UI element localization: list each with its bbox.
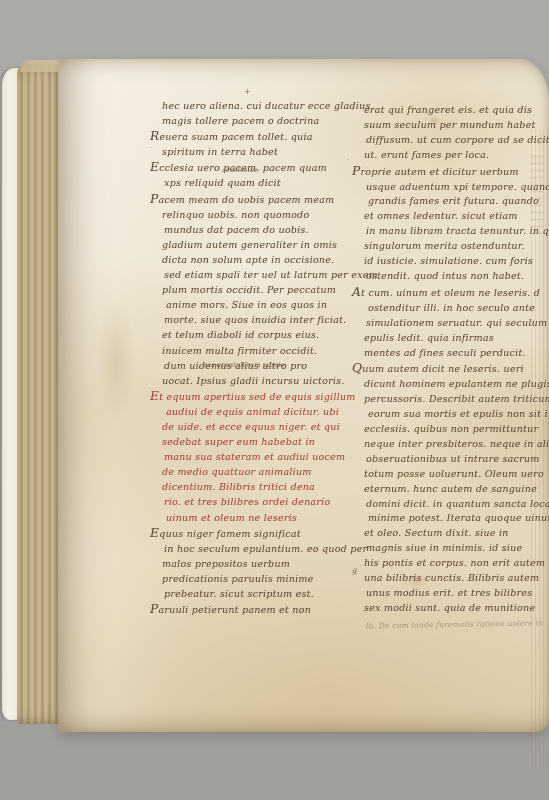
manuscript-line: sedebat super eum habebat in	[162, 435, 362, 450]
manuscript-line: una bilibris cunctis. Bilibris autem	[364, 572, 539, 587]
page-stack-fore-edge	[17, 64, 63, 724]
manuscript-line: Quum autem dicit ne leseris. ueri	[352, 361, 539, 378]
manuscript-line: dicentium. Bilibris tritici dena	[162, 480, 362, 495]
manuscript-line: dicta non solum apte in occisione.	[162, 253, 362, 268]
manuscript-line: xps reliquid quam dicit	[164, 176, 362, 191]
manuscript-line: uocat. Ipsius gladii incursu uictoris.	[162, 374, 362, 389]
manuscript-line: et oleo. Sectum dixit. siue in	[364, 527, 539, 542]
manuscript-line: Equus niger famem significat	[150, 526, 362, 542]
manuscript-line: sex modii sunt. quia de munitione	[364, 602, 539, 617]
manuscript-line: in hoc seculum epulantium. eo quod per	[164, 542, 362, 557]
margin-mark: ·	[347, 156, 349, 164]
manuscript-line: simulationem seruatur. qui seculum	[366, 317, 539, 332]
manuscript-line: At cum. uinum et oleum ne leseris. d	[352, 285, 539, 302]
margin-mark: ·	[150, 144, 152, 152]
manuscript-line: gladium autem generaliter in omis	[162, 238, 362, 253]
manuscript-line: erat qui frangeret eis. et quia dis	[364, 104, 539, 119]
manuscript-line: hec uero aliena. cui ducatur ecce gladiu…	[162, 99, 362, 114]
manuscript-line: suum seculum per mundum habet	[364, 119, 539, 134]
manuscript-line: neque inter presbiteros. neque in aliis	[364, 438, 539, 453]
manuscript-line: obseruationibus ut intrare sacrum	[366, 453, 539, 468]
interlinear-gloss: scs apostolorum passio	[204, 361, 285, 369]
manuscript-line: percussoris. Describit autem triticum	[364, 393, 539, 408]
manuscript-line: relinquo uobis. non quomodo	[162, 208, 362, 223]
manuscript-line: et telum diaboli id corpus eius.	[162, 328, 362, 343]
manuscript-line: malos prepositos uerbum	[162, 557, 362, 572]
manuscript-line: plum mortis occidit. Per peccatum	[162, 283, 362, 298]
manuscript-line: epulis ledit. quia infirmas	[364, 332, 539, 347]
text-column-left: hec uero aliena. cui ducatur ecce gladiu…	[162, 99, 362, 618]
manuscript-line: inuicem multa firmiter occidit.	[162, 344, 362, 359]
manuscript-line: magnis siue in minimis. id siue	[366, 542, 539, 557]
manuscript-line: domini dicit. in quantum sancta loca	[366, 498, 539, 513]
manuscript-line: ecclesiis. quibus non permittuntur	[364, 423, 539, 438]
manuscript-line: dicunt hominem epulantem ne plugis	[364, 378, 539, 393]
manuscript-line: Paruuli petierunt panem et non	[150, 602, 362, 618]
manuscript-line: Et equum apertius sed de equis sigillum	[150, 389, 362, 405]
manuscript-line: prebeatur. sicut scriptum est.	[164, 587, 362, 602]
manuscript-line: grandis fames erit futura. quando	[368, 195, 539, 210]
manuscript-line: de uide. et ecce equus niger. et qui	[162, 420, 362, 435]
manuscript-line: usque aduentum xpi tempore. quando	[366, 181, 539, 196]
photo-stage: + hec uero aliena. cui ducatur ecce glad…	[0, 0, 549, 800]
manuscript-line: morte. siue quos inuidia inter ficiat.	[164, 313, 362, 328]
manuscript-line: in manu libram tracta tenuntur. in qua	[366, 225, 539, 240]
marginal-correction: g	[352, 566, 357, 575]
manuscript-line: sed etiam spali ter uel ut latrum per ex…	[164, 268, 362, 283]
manuscript-line: mentes ad fines seculi perducit.	[364, 347, 539, 362]
manuscript-line: Pacem meam do uobis pacem meam	[150, 192, 362, 208]
manuscript-line: rio. et tres bilibres ordei denario	[164, 495, 362, 510]
manuscript-line: Proprie autem et dicitur uerbum	[352, 164, 539, 181]
interlinear-gloss: aecclesiae	[222, 166, 258, 174]
manuscript-line: eternum. hunc autem de sanguine	[364, 483, 539, 498]
manuscript-line: magis tollere pacem o doctrina	[162, 114, 362, 129]
manuscript-line: de medio quattuor animalium	[162, 465, 362, 480]
manuscript-book: + hec uero aliena. cui ducatur ecce glad…	[0, 0, 549, 800]
manuscript-line: spiritum in terra habet	[162, 145, 362, 160]
manuscript-line: Reuera suam pacem tollet. quia	[150, 129, 362, 145]
manuscript-line: singulorum merita ostenduntur.	[364, 240, 539, 255]
manuscript-line: uinum et oleum ne leseris	[166, 511, 362, 526]
manuscript-line: eorum sua mortis et epulis non sit in	[368, 408, 539, 423]
manuscript-line: manu sua stateram et audiui uocem	[164, 450, 362, 465]
text-column-right: erat qui frangeret eis. et quia dissuum …	[364, 104, 539, 617]
parchment-stain	[96, 300, 136, 420]
manuscript-line: mundus dat pacem do uobis.	[164, 223, 362, 238]
manuscript-line: anime mors. Siue in eos quos in	[166, 298, 362, 313]
margin-mark: ·:	[349, 104, 354, 112]
manuscript-line: totum posse uoluerunt. Oleum uero	[364, 468, 539, 483]
manuscript-line: id iusticie. simulatione. cum foris	[364, 255, 539, 270]
manuscript-line: audiui de equis animal dicitur. ubi	[166, 405, 362, 420]
manuscript-line: unus modius erit. et tres bilibres	[366, 587, 539, 602]
quire-mark: +	[244, 87, 251, 96]
manuscript-line: ut. erunt fames per loca.	[364, 149, 539, 164]
manuscript-line: ostendit. quod intus non habet.	[366, 270, 539, 285]
manuscript-line: ostenditur illi. in hoc seculo ante	[368, 302, 539, 317]
manuscript-line: diffusum. ut cum corpore ad se dicit	[366, 134, 539, 149]
manuscript-line: predicationis paruulis minime	[162, 572, 362, 587]
manuscript-line: minime potest. Iterata quoque uinum	[368, 512, 539, 527]
manuscript-line: his pontis et corpus. non erit autem nis…	[364, 557, 539, 572]
manuscript-line: et omnes ledentur. sicut etiam	[364, 210, 539, 225]
